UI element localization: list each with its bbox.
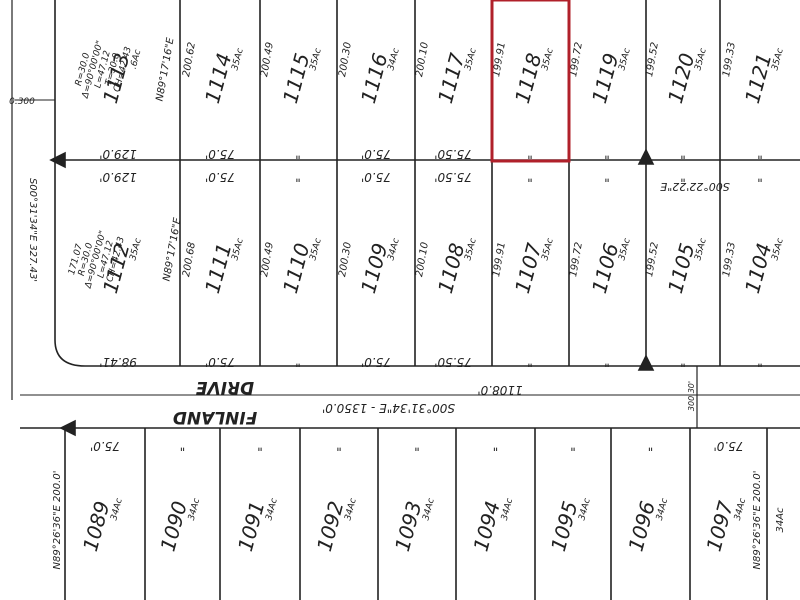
street-name-drive: DRIVE: [195, 377, 254, 397]
lot-number-1108: 1108: [433, 240, 469, 295]
lot-rear: ": [757, 170, 763, 184]
lot-frontage: ": [757, 147, 763, 161]
lot-area: 34Ac: [655, 497, 671, 521]
lot-number-1094: 1094: [469, 498, 505, 553]
lot-depth: 200.68: [181, 241, 198, 277]
lot-number-1089: 1089: [78, 498, 114, 553]
lot-depth: 199.72: [568, 241, 585, 277]
monument-marker-icon: [61, 421, 75, 435]
south-right-side: N89°26'36"E 200.0': [752, 471, 763, 570]
lot-frontage: ": [414, 439, 420, 453]
lot-frontage: 75.0': [205, 147, 235, 161]
lot-frontage: 75.50': [434, 147, 472, 161]
lot-number-1092: 1092: [312, 498, 348, 553]
lot-area: 35Ac: [770, 237, 786, 261]
lot-number-1120: 1120: [663, 50, 699, 105]
monument-marker-icon: [639, 356, 653, 370]
lot-frontage: ": [570, 439, 576, 453]
lot-labels: 1113.6Ac129.0'111435Ac75.0'200.62111535A…: [67, 36, 786, 554]
lot-frontage: ": [180, 439, 186, 453]
lot-number-1115: 1115: [278, 50, 314, 105]
lot-area: 35Ac: [693, 47, 709, 71]
lot-rear: 75.0': [205, 170, 235, 184]
lot-frontage: ": [648, 439, 654, 453]
lot-depth: 200.49: [259, 41, 276, 77]
lot-area: 34Ac: [500, 497, 516, 521]
south-left-side: N89°26'36"E 200.0': [52, 471, 63, 570]
left-offset: 0.300: [9, 97, 35, 107]
street-name-finland: FINLAND: [173, 407, 258, 427]
lot-area: 34Ac: [733, 497, 749, 521]
lot-frontage: 75.0': [713, 439, 743, 453]
lot-number-1091: 1091: [233, 498, 269, 553]
lot-number-1105: 1105: [663, 240, 699, 295]
lot-number-1110: 1110: [278, 240, 314, 295]
lot-rear: 129.0': [99, 170, 137, 184]
lot-depth: 199.91: [491, 41, 508, 77]
lot-area: 35Ac: [308, 237, 324, 261]
lot-number-1117: 1117: [433, 50, 469, 106]
lot-number-1121: 1121: [740, 50, 776, 105]
lot-number-1093: 1093: [390, 498, 426, 553]
lot-area: 34Ac: [386, 47, 402, 71]
lot-frontage: 75.50': [434, 355, 472, 369]
lot-number-1104: 1104: [740, 240, 776, 295]
lot-frontage: ": [295, 147, 301, 161]
lot-frontage: ": [604, 147, 610, 161]
lot-rear: ": [604, 170, 610, 184]
lot-frontage: 98.41': [99, 355, 137, 369]
lot-depth: 199.33: [721, 241, 738, 277]
lot-depth: 200.62: [181, 41, 198, 77]
lot-area: 35Ac: [540, 47, 556, 71]
lot-depth: 200.30: [337, 241, 354, 277]
lot-number-1090: 1090: [156, 498, 192, 553]
lot-frontage: 129.0': [99, 147, 137, 161]
mid-bearing: S00°22'22"E: [660, 180, 730, 193]
lot-depth: 200.10: [414, 241, 431, 277]
lot-area: 35Ac: [693, 237, 709, 261]
lot-number-1118: 1118: [510, 50, 546, 105]
lot-depth: 200.30: [337, 41, 354, 77]
lot-area: 35Ac: [308, 47, 324, 71]
lot-area: 34Ac: [109, 497, 125, 521]
lot-area: 35Ac: [463, 47, 479, 71]
lot-rear: ": [295, 170, 301, 184]
street-bearing: S00°31'34"E - 1350.0': [322, 401, 455, 415]
lot-area: 35Ac: [128, 237, 144, 261]
monument-marker-icon: [51, 153, 65, 167]
street-segment: 1108.0': [477, 383, 522, 397]
lot-number-1095: 1095: [546, 498, 582, 553]
lot-rear: ": [527, 170, 533, 184]
lot-depth: 200.10: [414, 41, 431, 77]
left-side-label: S00°31'34"E 327.43': [27, 178, 38, 282]
lot-frontage: ": [680, 355, 686, 369]
lot-frontage: ": [336, 439, 342, 453]
lot-frontage: ": [527, 147, 533, 161]
lot-frontage: ": [257, 439, 263, 453]
lot-area: 34Ac: [386, 237, 402, 261]
plat-map: 1113.6Ac129.0'111435Ac75.0'200.62111535A…: [0, 0, 800, 600]
lot-number-1097: 1097: [702, 498, 738, 554]
lot-frontage: 75.0': [205, 355, 235, 369]
lot-rear: 75.0': [361, 170, 391, 184]
lot-depth: 199.72: [568, 41, 585, 77]
lot-number-1109: 1109: [356, 240, 392, 295]
lot-number-1114: 1114: [200, 50, 236, 105]
lot-area: 34Ac: [343, 497, 359, 521]
lot-number-1107: 1107: [510, 240, 546, 296]
lot-depth: 199.91: [491, 241, 508, 277]
lot-area: 35Ac: [463, 237, 479, 261]
lot-number-1096: 1096: [624, 498, 660, 553]
lot-number-1119: 1119: [587, 50, 623, 105]
lot-area: 34Ac: [421, 497, 437, 521]
lot-area: 34Ac: [577, 497, 593, 521]
lot-frontage: ": [493, 439, 499, 453]
lot-number-1106: 1106: [587, 240, 623, 295]
lot-frontage: ": [604, 355, 610, 369]
lot-depth: 199.33: [721, 41, 738, 77]
lot-frontage: ": [295, 355, 301, 369]
lot-frontage: 75.0': [361, 147, 391, 161]
lot-bearing: N89°17'16"E: [155, 36, 177, 102]
lot-area: 35Ac: [230, 47, 246, 71]
lot-frontage: ": [757, 355, 763, 369]
lot-area: 35Ac: [617, 237, 633, 261]
lot-area: 35Ac: [770, 47, 786, 71]
street-width: 300.30': [687, 381, 696, 411]
lot-area: 35Ac: [230, 237, 246, 261]
lot-frontage: ": [527, 355, 533, 369]
lot-area: 35Ac: [617, 47, 633, 71]
monument-marker-icon: [639, 150, 653, 164]
lot-frontage: ": [680, 147, 686, 161]
lot-number-1116: 1116: [356, 50, 392, 105]
lot-frontage: 75.0': [90, 439, 120, 453]
lot-number-1111: 1111: [200, 240, 236, 295]
south-right-area: 34Ac: [775, 507, 786, 533]
lot-area: 35Ac: [540, 237, 556, 261]
lot-depth: 200.49: [259, 241, 276, 277]
lot-area: 34Ac: [264, 497, 280, 521]
lot-rear: 75.50': [434, 170, 472, 184]
lot-area: 34Ac: [187, 497, 203, 521]
lot-frontage: 75.0': [361, 355, 391, 369]
